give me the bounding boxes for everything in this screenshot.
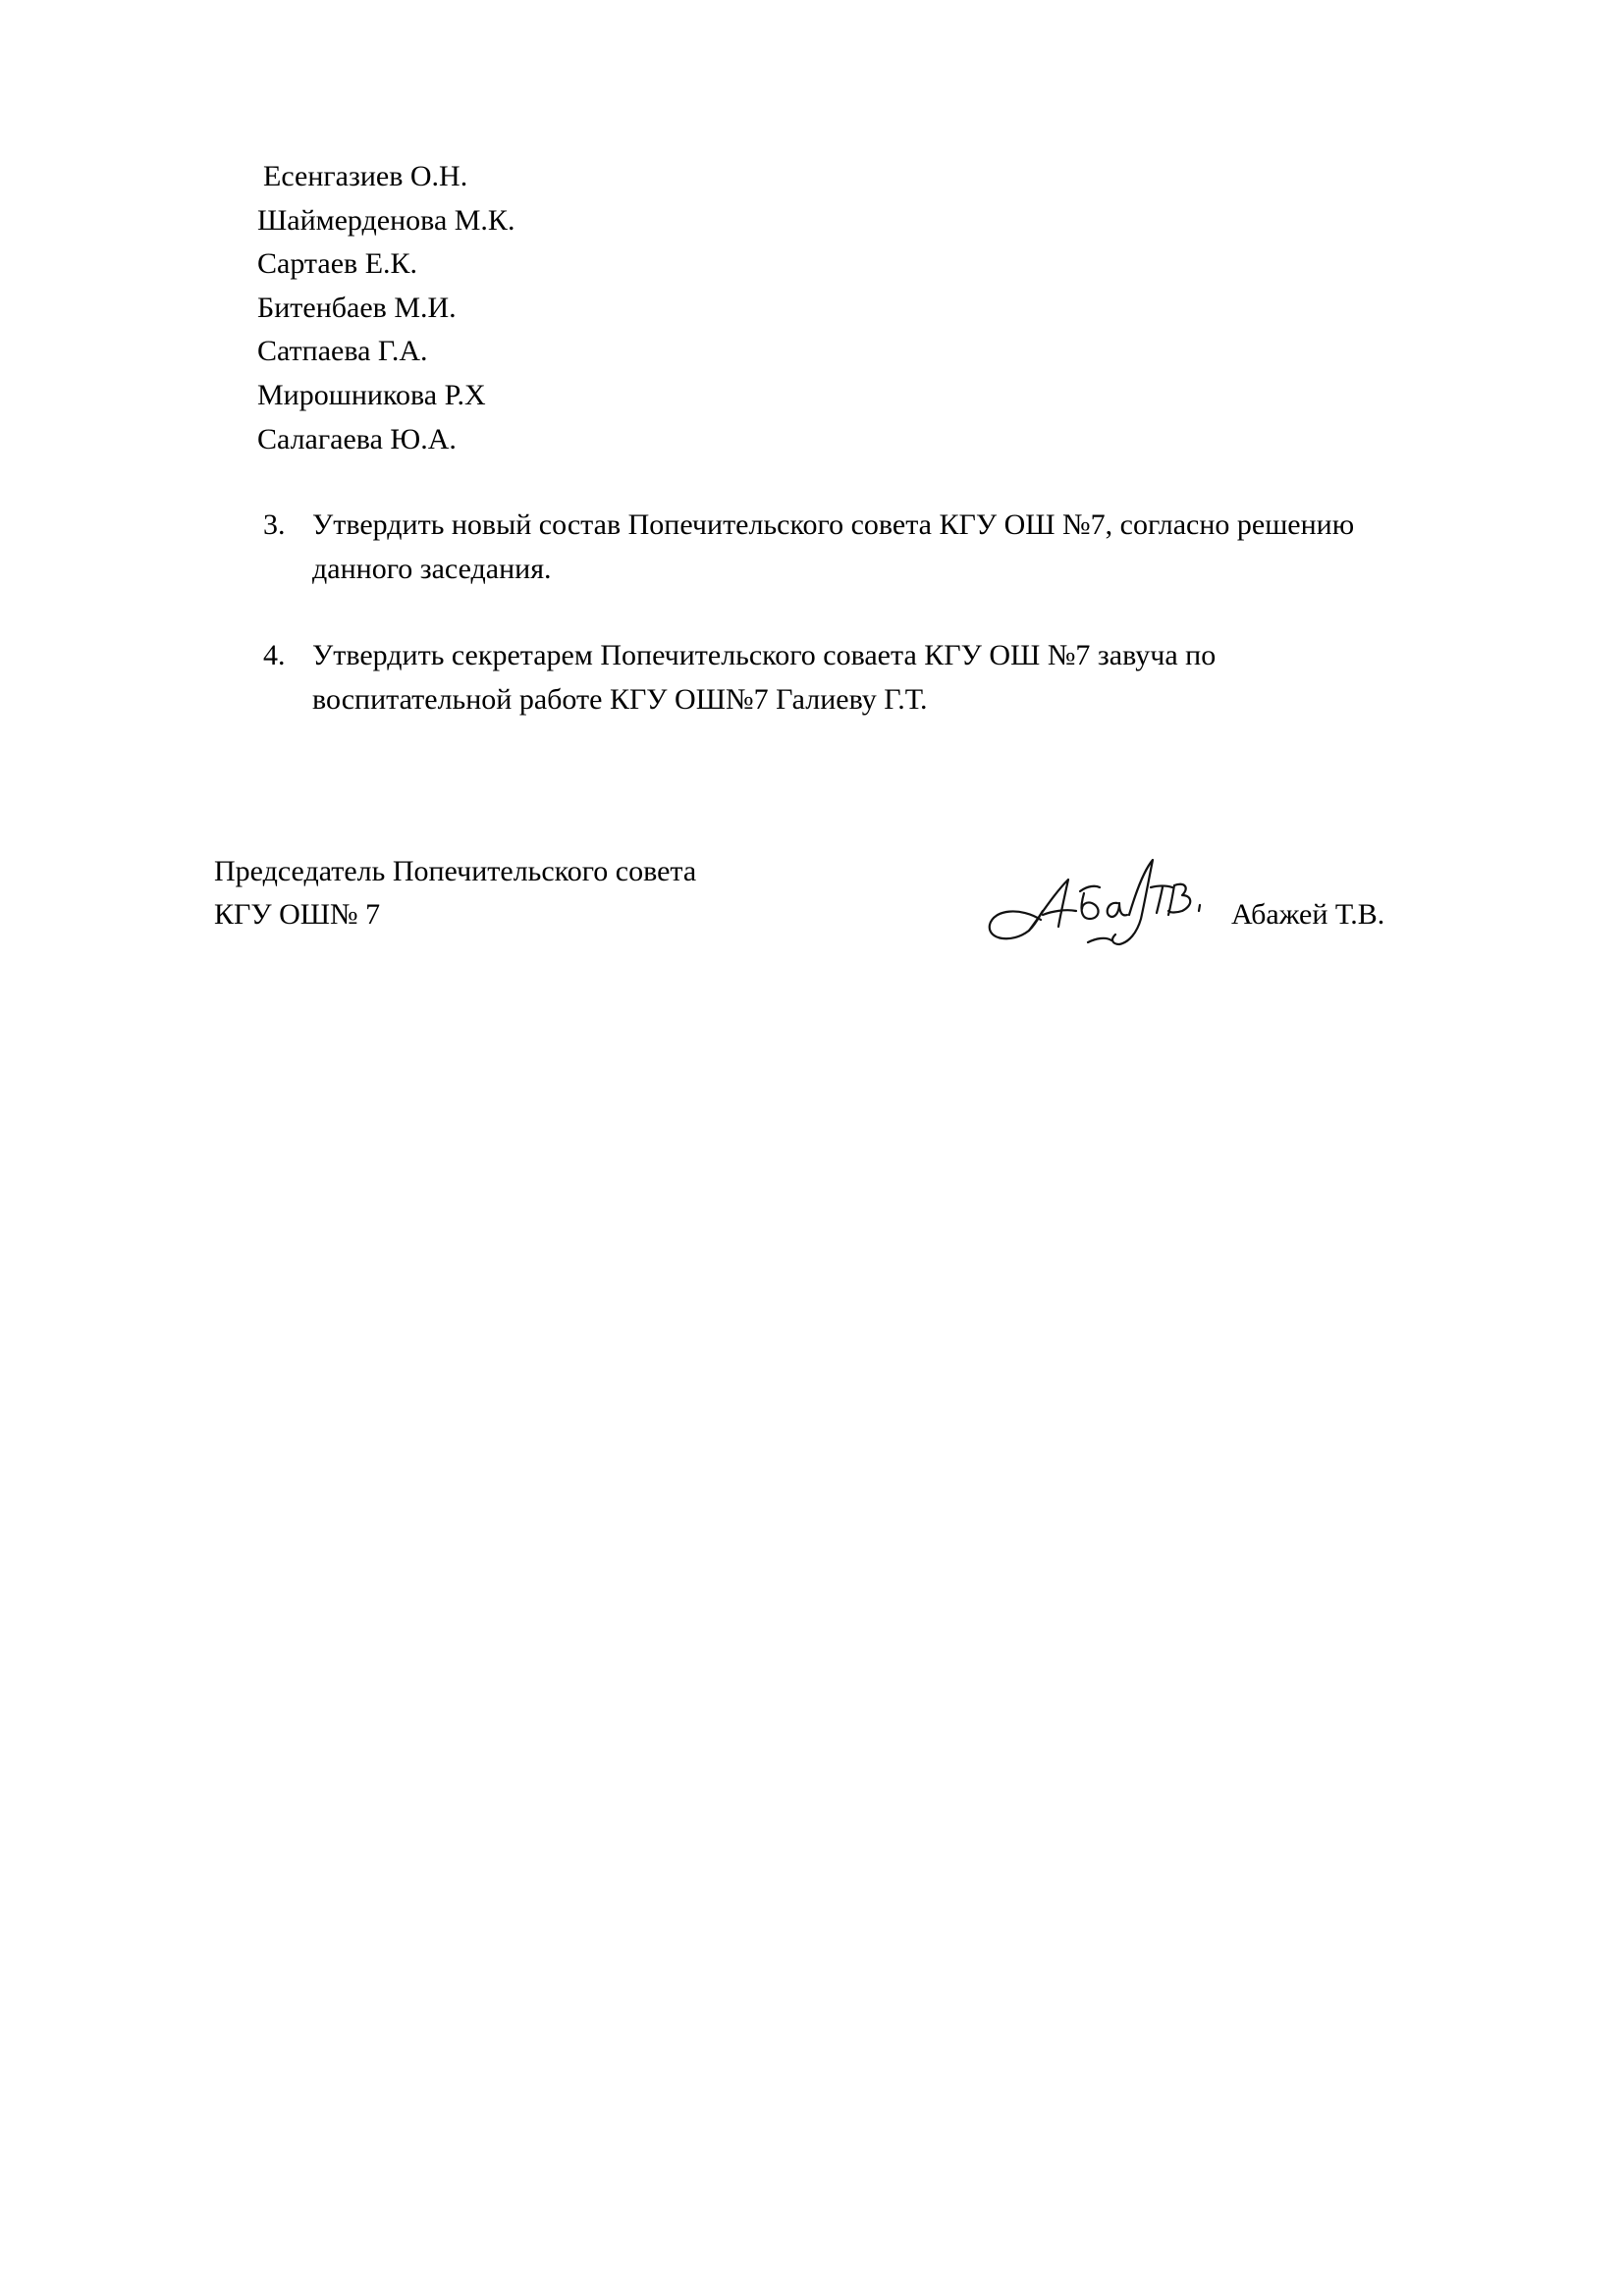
member-item: Битенбаев М.И. [257,287,514,331]
chairman-title-line-2: КГУ ОШ№ 7 [214,893,696,936]
chairman-title-block: Председатель Попечительского совета КГУ … [214,850,696,936]
member-item: Сатпаева Г.А. [257,330,514,374]
resolution-text-line: Утвердить новый состав Попечительского с… [312,503,1520,547]
resolution-number: 4. [263,633,286,677]
member-item: Есенгазиев О.Н. [257,155,514,199]
resolution-text-line: Утвердить секретарем Попечительского сов… [312,633,1520,677]
resolution-number: 3. [263,503,286,547]
resolution-item-3: 3. Утвердить новый состав Попечительског… [263,503,1520,591]
signer-name: Абажей Т.В. [1231,893,1384,936]
resolutions-list: 3. Утвердить новый состав Попечительског… [263,503,1520,764]
member-item: Мирошникова Р.Х [257,374,514,418]
member-item: Салагаева Ю.А. [257,418,514,462]
resolution-text-line: данного заседания. [312,547,1520,591]
member-item: Сартаев Е.К. [257,242,514,287]
council-members-list: Есенгазиев О.Н. Шаймерденова М.К. Сартае… [257,155,514,461]
member-item: Шаймерденова М.К. [257,199,514,243]
resolution-item-4: 4. Утвердить секретарем Попечительского … [263,633,1520,721]
chairman-title-line-1: Председатель Попечительского совета [214,850,696,893]
resolution-text-line: воспитательной работе КГУ ОШ№7 Галиеву Г… [312,677,1520,721]
handwritten-signature-icon [982,846,1218,954]
document-page: Есенгазиев О.Н. Шаймерденова М.К. Сартае… [0,0,1624,2296]
